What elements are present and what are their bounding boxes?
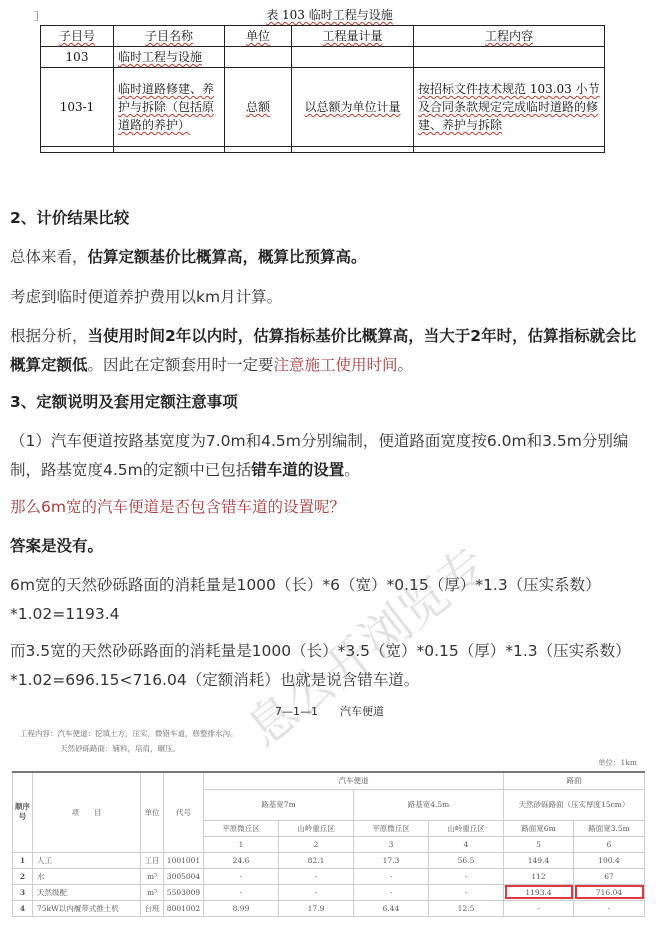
header-sub-4-5m: 路基宽4.5m: [354, 789, 504, 820]
col-num: 3: [354, 836, 429, 852]
paragraph-quota-note-1: （1）汽车便道按路基宽度为7.0m和4.5m分别编制，便道路面宽度按6.0m和3…: [10, 427, 650, 485]
word-table: 子目号 子目名称 单位 工程量计量 工程内容 103 临时工程与设施 103-1…: [40, 25, 605, 153]
cell-item-no: 103-1: [41, 68, 114, 147]
table-row: 1 人工 工日 1001001 24.6 82.1 17.3 56.5 149.…: [13, 852, 645, 868]
paragraph-question: 那么6m宽的汽车便道是否包含错车道的设置呢？: [10, 493, 650, 522]
col-num: 1: [204, 836, 279, 852]
col-num: 6: [574, 836, 645, 852]
paragraph-analysis: 根据分析，当使用时间2年以内时，估算指标基价比概算高，当大于2年时，估算指标就会…: [10, 322, 650, 380]
cell-item-name: 临时道路修建、养护与拆除（包括原道路的养护）: [114, 68, 225, 147]
col-num: 2: [279, 836, 354, 852]
header-sub-7m: 路基宽7m: [204, 789, 354, 820]
quota-work-content-1: 工程内容：汽车便道：挖填土方，压实，微错车道，修整排水沟。: [20, 728, 238, 739]
header-item-name: 子目名称: [114, 26, 225, 47]
quota-table-image: 7—1—1汽车便道 工程内容：汽车便道：挖填土方，压实，微错车道，修整排水沟。 …: [10, 695, 649, 928]
cell-item-no: 103: [41, 47, 114, 68]
header-unit: 单位: [225, 26, 292, 47]
header-col-3: 平原微丘区: [354, 820, 429, 836]
header-item-no: 子目号: [41, 26, 114, 47]
table-row: 103-1 临时道路修建、养护与拆除（包括原道路的养护） 总额 以总额为单位计量…: [41, 68, 605, 147]
section-2-heading: 2、计价结果比较: [10, 204, 650, 233]
header-seq: 顺序号: [13, 772, 33, 852]
header-col-5: 路面宽6m: [504, 820, 574, 836]
header-content: 工程内容: [414, 26, 605, 47]
cell-content: [414, 47, 605, 68]
cell-item-name: 临时工程与设施: [114, 47, 225, 68]
word-table-image: 表 103 临时工程与设施 子目号 子目名称 单位 工程量计量 工程内容 103…: [0, 0, 659, 150]
cell-unit: 总额: [225, 68, 292, 147]
quota-table: 顺序号 项 目 单位 代号 汽车便道 路面 路基宽7m 路基宽4.5m 天然砂砾…: [12, 771, 645, 917]
cell-measurement: [292, 47, 414, 68]
header-unit: 单位: [141, 772, 164, 852]
word-table-caption: 表 103 临时工程与设施: [0, 6, 659, 23]
cell-unit: [225, 47, 292, 68]
paragraph-km-month: 考虑到临时便道养护费用以km月计算。: [10, 283, 650, 312]
paragraph-calc-3-5m: 而3.5宽的天然砂砾路面的消耗量是1000（长）*3.5（宽）*0.15（厚）*…: [10, 637, 650, 695]
table-row: 3 天然级配 m³ 5503009 - - - - 1193.4 716.04: [13, 884, 645, 900]
header-group-road: 汽车便道: [204, 772, 504, 789]
header-code: 代号: [164, 772, 204, 852]
header-col-4: 山岭重丘区: [429, 820, 504, 836]
highlight-note: 注意施工使用时间: [274, 356, 398, 374]
table-row: 103 临时工程与设施: [41, 47, 605, 68]
header-group-surface: 路面: [504, 772, 645, 789]
table-row: 2 水 m³ 3005004 - - - - 112 67: [13, 868, 645, 884]
header-sub-surface: 天然砂砾路面（压实厚度15cm）: [504, 789, 645, 820]
paragraph-calc-6m: 6m宽的天然砂砾路面的消耗量是1000（长）*6（宽）*0.15（厚）*1.3（…: [10, 571, 650, 629]
quota-unit-note: 单位：1km: [598, 757, 637, 768]
header-col-6: 路面宽3.5m: [574, 820, 645, 836]
word-table-header-row: 子目号 子目名称 单位 工程量计量 工程内容: [41, 26, 605, 47]
col-num: 5: [504, 836, 574, 852]
header-item: 项 目: [33, 772, 141, 852]
table-row-cut: [41, 147, 605, 153]
section-3-heading: 3、定额说明及套用定额注意事项: [10, 388, 650, 417]
paragraph-overall-comparison: 总体来看，估算定额基价比概算高，概算比预算高。: [10, 243, 650, 272]
quota-title: 7—1—1汽车便道: [10, 703, 649, 719]
highlight-box-3-5m: 716.04: [574, 884, 645, 900]
header-col-2: 山岭重丘区: [279, 820, 354, 836]
cell-measurement: 以总额为单位计量: [292, 68, 414, 147]
cell-content: 按招标文件技术规范 103.03 小节及合同条款规定完成临时道路的修建、养护与拆…: [414, 68, 605, 147]
table-row: 4 75kW以内履带式推土机 台班 8001002 8.99 17.9 6.44…: [13, 900, 645, 916]
col-num: 4: [429, 836, 504, 852]
quota-work-content-2: 天然砂砾路面：铺料，培肩，碾压。: [60, 743, 180, 754]
highlight-box-6m: 1193.4: [504, 884, 574, 900]
header-col-1: 平原微丘区: [204, 820, 279, 836]
header-measurement: 工程量计量: [292, 26, 414, 47]
paragraph-answer: 答案是没有。: [10, 532, 650, 561]
